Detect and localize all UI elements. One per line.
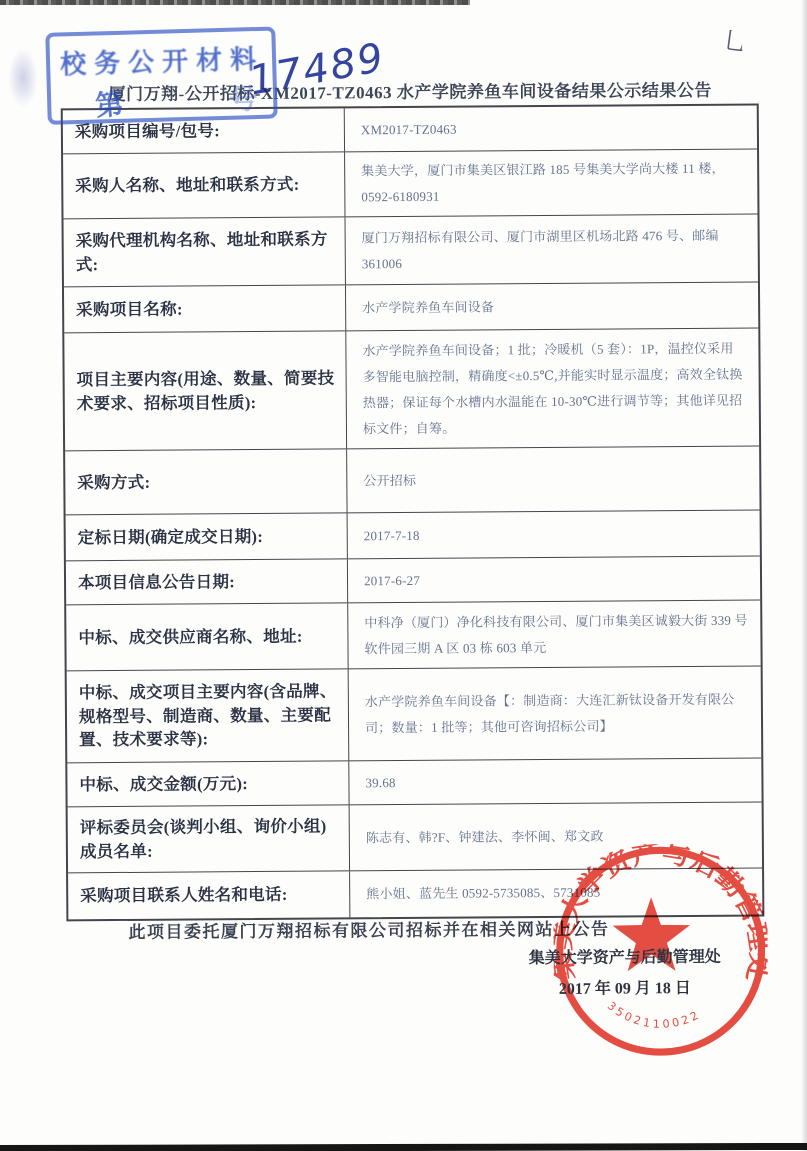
- scan-edge-right: [801, 0, 807, 1151]
- row-label: 中标、成交供应商名称、地址:: [66, 603, 348, 670]
- footer-note: 此项目委托厦门万翔招标有限公司招标并在相关网站上公告: [128, 915, 609, 943]
- row-value: 39.68: [349, 759, 761, 805]
- row-label: 本项目信息公告日期:: [66, 559, 348, 604]
- table-row: 本项目信息公告日期: 2017-6-27: [66, 557, 760, 606]
- row-value: 水产学院养鱼车间设备: [346, 283, 758, 331]
- row-value: 水产学院养鱼车间设备【：制造商：大连汇新钛设备开发有限公司；数量：1 批等；其他…: [349, 667, 762, 761]
- row-label: 项目主要内容(用途、数量、简要技术要求、招标项目性质):: [64, 331, 347, 450]
- table-row: 中标、成交项目主要内容(含品牌、规格型号、制造商、数量、主要配置、技术要求等):…: [67, 667, 762, 764]
- table-row: 定标日期(确定成交日期): 2017-7-18: [66, 511, 760, 562]
- table-row: 采购代理机构名称、地址和联系方式: 厦门万翔招标有限公司、厦门市湖里区机场北路 …: [64, 215, 758, 288]
- procurement-table: 采购项目编号/包号: XM2017-TZ0463 采购人名称、地址和联系方式: …: [61, 104, 765, 922]
- row-value: 2017-6-27: [348, 557, 760, 603]
- row-value: 公开招标: [347, 447, 759, 513]
- row-value: 集美大学，厦门市集美区银江路 185 号集美大学尚大楼 11 楼，0592-61…: [345, 150, 757, 217]
- row-label: 采购项目名称:: [64, 285, 346, 332]
- row-value: 水产学院养鱼车间设备；1 批；冷暖机（5 套）：1P，温控仪采用多智能电脑控制，…: [346, 329, 759, 449]
- row-label: 中标、成交项目主要内容(含品牌、规格型号、制造商、数量、主要配置、技术要求等):: [67, 669, 350, 762]
- signature-block: 集美大学资产与后勤管理处 2017 年 09 月 18 日: [525, 942, 725, 1005]
- table-row: 采购项目名称: 水产学院养鱼车间设备: [64, 283, 758, 334]
- row-label: 采购项目联系人姓名和电话:: [68, 871, 350, 919]
- row-label: 采购方式:: [65, 449, 347, 514]
- signature-org: 集美大学资产与后勤管理处: [525, 942, 725, 974]
- row-label: 采购人名称、地址和联系方式:: [63, 152, 345, 218]
- row-label: 评标委员会(谈判小组、询价小组)成员名单:: [68, 805, 350, 872]
- table-row: 中标、成交金额(万元): 39.68: [67, 759, 761, 808]
- document-body: 校务公开材料 第 号 17489 乚 厦门万翔-公开招标-XM2017-TZ04…: [0, 0, 807, 1151]
- row-value: XM2017-TZ0463: [345, 106, 757, 152]
- blue-archive-stamp: 校务公开材料 第 号: [45, 26, 277, 124]
- row-value: 中科净（厦门）净化科技有限公司、厦门市集美区诚毅大街 339 号软件园三期 A …: [348, 601, 760, 669]
- signature-date: 2017 年 09 月 18 日: [525, 973, 725, 1005]
- table-row: 中标、成交供应商名称、地址: 中科净（厦门）净化科技有限公司、厦门市集美区诚毅大…: [66, 601, 760, 672]
- row-value: 厦门万翔招标有限公司、厦门市湖里区机场北路 476 号、邮编 361006: [345, 215, 757, 285]
- handwritten-check-mark: 乚: [721, 20, 749, 58]
- scanned-document-page: 校务公开材料 第 号 17489 乚 厦门万翔-公开招标-XM2017-TZ04…: [0, 0, 807, 1151]
- row-label: 中标、成交金额(万元):: [67, 761, 349, 806]
- table-row: 项目主要内容(用途、数量、简要技术要求、招标项目性质): 水产学院养鱼车间设备；…: [64, 329, 759, 452]
- row-value: 2017-7-18: [348, 511, 760, 559]
- stamp-number-prefix: 第: [93, 82, 125, 125]
- row-label: 定标日期(确定成交日期):: [66, 513, 348, 560]
- table-row: 采购方式: 公开招标: [65, 447, 759, 516]
- stamp-title-text: 校务公开材料: [60, 39, 261, 82]
- scan-edge-bottom: [0, 1143, 807, 1151]
- table-row: 采购人名称、地址和联系方式: 集美大学，厦门市集美区银江路 185 号集美大学尚…: [63, 150, 757, 220]
- row-label: 采购代理机构名称、地址和联系方式:: [64, 217, 346, 286]
